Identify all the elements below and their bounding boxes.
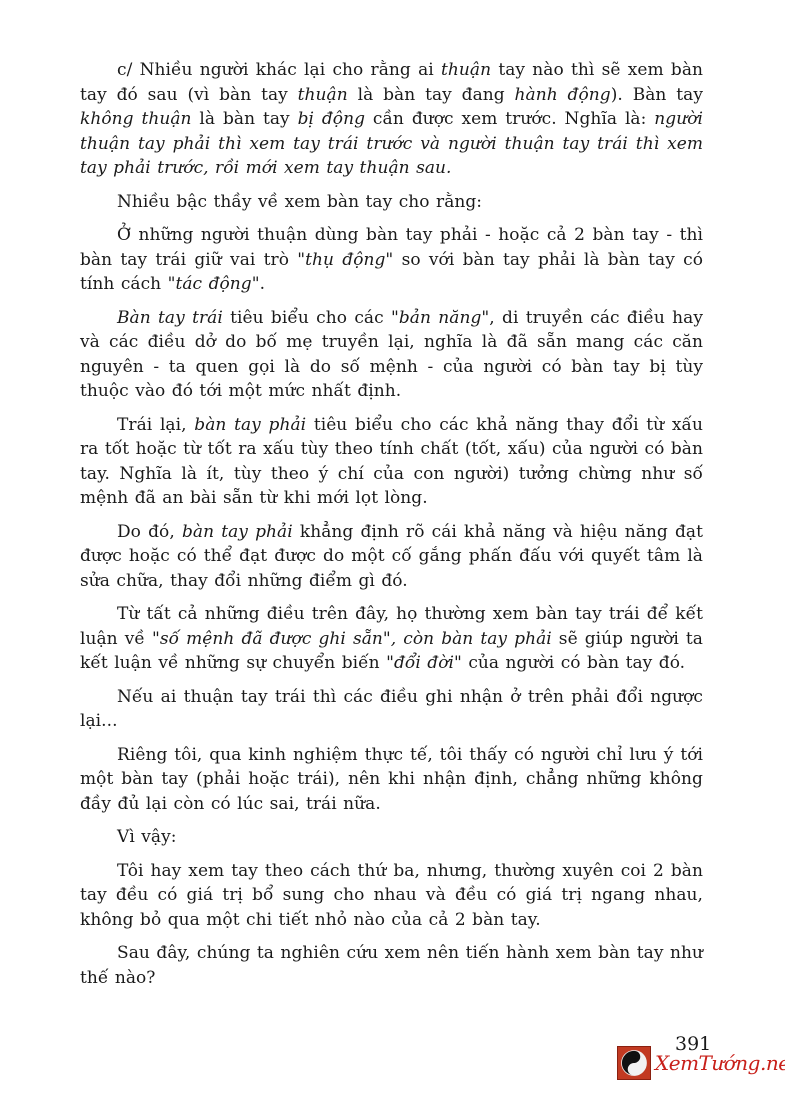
paragraph: Trái lại, bàn tay phải tiêu biểu cho các… <box>80 413 703 511</box>
text-run: Nhiều bậc thầy về xem bàn tay cho rằng: <box>117 192 482 212</box>
paragraph: Ở những người thuận dùng bàn tay phải - … <box>80 223 703 297</box>
site-watermark: XemTướng.net <box>617 1046 785 1080</box>
paragraph: Bàn tay trái tiêu biểu cho các "bản năng… <box>80 306 703 404</box>
text-run: Riêng tôi, qua kinh nghiệm thực tế, tôi … <box>80 745 703 814</box>
yin-yang-icon <box>617 1046 651 1080</box>
emphasis-text: "tác động" <box>168 274 260 294</box>
paragraph: Tôi hay xem tay theo cách thứ ba, nhưng,… <box>80 859 703 933</box>
emphasis-text: không thuận <box>80 109 192 129</box>
emphasis-text: Bàn tay trái <box>117 308 223 328</box>
text-run: là bàn tay <box>192 109 298 129</box>
emphasis-text: bị động <box>298 109 365 129</box>
book-page-body: c/ Nhiều người khác lại cho rằng ai thuậ… <box>80 58 703 999</box>
paragraph: c/ Nhiều người khác lại cho rằng ai thuậ… <box>80 58 703 181</box>
text-run: tiêu biểu cho các <box>223 308 391 328</box>
paragraph: Sau đây, chúng ta nghiên cứu xem nên tiế… <box>80 941 703 990</box>
text-run: Sau đây, chúng ta nghiên cứu xem nên tiế… <box>80 943 703 988</box>
emphasis-text: "số mệnh đã được ghi sẵn", còn bàn tay p… <box>152 629 552 649</box>
text-run: của người có bàn tay đó. <box>462 653 685 673</box>
emphasis-text: bàn tay phải <box>182 522 293 542</box>
paragraph: Riêng tôi, qua kinh nghiệm thực tế, tôi … <box>80 743 703 817</box>
text-run: Tôi hay xem tay theo cách thứ ba, nhưng,… <box>80 861 703 930</box>
text-run: Vì vậy: <box>117 827 177 847</box>
emphasis-text: bàn tay phải <box>194 415 306 435</box>
paragraph: Do đó, bàn tay phải khẳng định rõ cái kh… <box>80 520 703 594</box>
paragraph: Từ tất cả những điều trên đây, họ thường… <box>80 602 703 676</box>
text-run: cần được xem trước. Nghĩa là: <box>365 109 654 129</box>
emphasis-text: hành động <box>515 85 611 105</box>
paragraph: Nếu ai thuận tay trái thì các điều ghi n… <box>80 685 703 734</box>
text-run: ). Bàn tay <box>611 85 703 105</box>
text-run: . <box>260 274 265 294</box>
emphasis-text: "thụ động" <box>297 250 393 270</box>
paragraph: Vì vậy: <box>80 825 703 850</box>
text-run: là bàn tay đang <box>348 85 515 105</box>
paragraph: Nhiều bậc thầy về xem bàn tay cho rằng: <box>80 190 703 215</box>
text-run: c/ Nhiều người khác lại cho rằng ai <box>117 60 441 80</box>
text-run: Trái lại, <box>117 415 194 435</box>
text-run: Nếu ai thuận tay trái thì các điều ghi n… <box>80 687 703 732</box>
emphasis-text: "bản năng" <box>391 308 489 328</box>
emphasis-text: "đổi đời" <box>386 653 462 673</box>
text-run: Do đó, <box>117 522 182 542</box>
emphasis-text: thuận <box>441 60 491 80</box>
emphasis-text: thuận <box>298 85 348 105</box>
watermark-text: XemTướng.net <box>655 1051 785 1075</box>
